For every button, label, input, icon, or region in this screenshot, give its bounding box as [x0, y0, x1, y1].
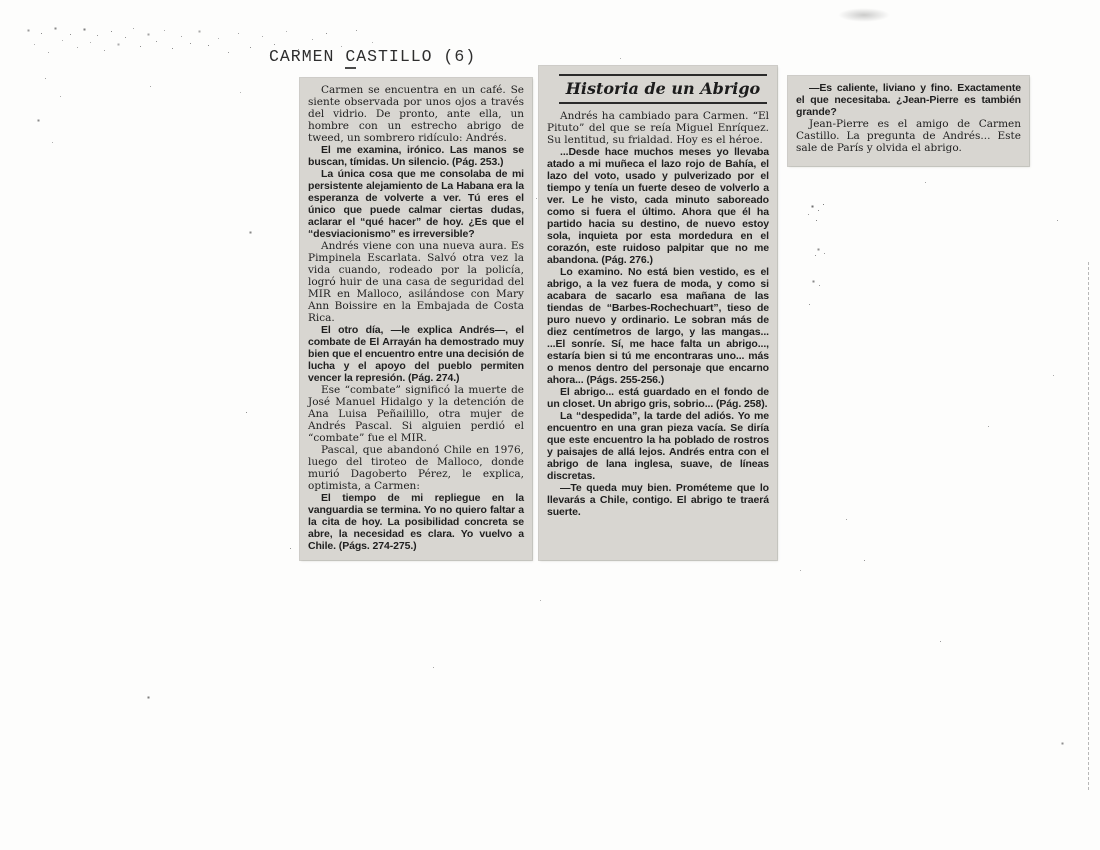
- article-title-text: Historia de un Abrigo: [566, 79, 760, 98]
- page-title-part1: CARMEN: [269, 47, 345, 66]
- scan-noise-top-left: [0, 0, 1, 1]
- page-title-underlined-letter: C: [345, 47, 356, 69]
- scan-smudge: [838, 8, 890, 22]
- article-title: Historia de un Abrigo: [559, 74, 767, 104]
- page-title-part2: ASTILLO (6): [356, 47, 476, 66]
- paragraph: La única cosa que me consolaba de mi per…: [308, 168, 524, 240]
- paragraph: Carmen se encuentra en un café. Se sient…: [308, 84, 524, 144]
- scan-fold-line: [1088, 262, 1089, 790]
- paragraph: La “despedida”, la tarde del adiós. Yo m…: [547, 410, 769, 482]
- paragraph: Andrés ha cambiado para Carmen. “El Pitu…: [547, 110, 769, 146]
- paragraph: Pascal, que abandonó Chile en 1976, lueg…: [308, 444, 524, 492]
- paragraph: Lo examino. No está bien vestido, es el …: [547, 266, 769, 386]
- paragraph: —Te queda muy bien. Prométeme que lo lle…: [547, 482, 769, 518]
- clipping-right: —Es caliente, liviano y fino. Exactament…: [788, 76, 1029, 166]
- scanned-page: CARMEN CASTILLO (6) Carmen se encuentra …: [0, 0, 1100, 850]
- paragraph: —Es caliente, liviano y fino. Exactament…: [796, 82, 1021, 118]
- paragraph: ...Desde hace muchos meses yo llevaba at…: [547, 146, 769, 266]
- paragraph: Ese “combate” significó la muerte de Jos…: [308, 384, 524, 444]
- paragraph: El me examina, irónico. Las manos se bus…: [308, 144, 524, 168]
- scan-noise-scatter: [0, 0, 1, 1]
- paragraph: El otro día, —le explica Andrés—, el com…: [308, 324, 524, 384]
- page-title: CARMEN CASTILLO (6): [269, 47, 476, 66]
- clipping-left: Carmen se encuentra en un café. Se sient…: [300, 78, 532, 560]
- paragraph: El tiempo de mi repliegue en la vanguard…: [308, 492, 524, 552]
- paragraph: Andrés viene con una nueva aura. Es Pimp…: [308, 240, 524, 324]
- paragraph: Jean-Pierre es el amigo de Carmen Castil…: [796, 118, 1021, 154]
- paragraph: El abrigo... está guardado en el fondo d…: [547, 386, 769, 410]
- clipping-middle: Historia de un Abrigo Andrés ha cambiado…: [539, 66, 777, 560]
